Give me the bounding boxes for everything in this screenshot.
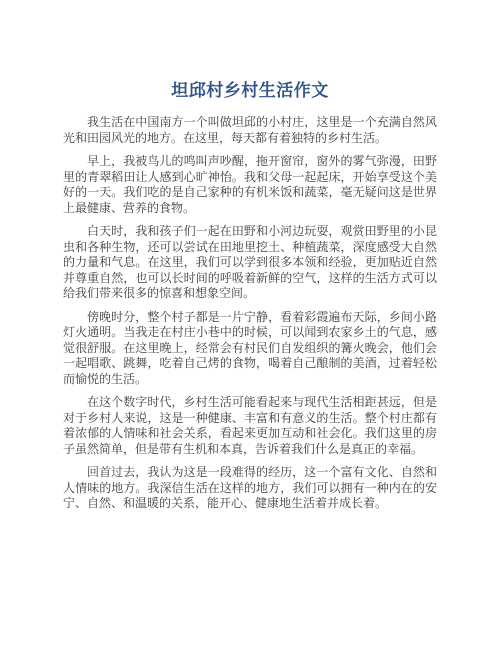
essay-paragraph-3: 白天时，我和孩子们一起在田野和小河边玩耍，观赏田野里的小昆虫和各种生物，还可以尝… <box>63 224 437 302</box>
essay-paragraph-5: 在这个数字时代，乡村生活可能看起来与现代生活相距甚远，但是对于乡村人来说，这是一… <box>63 395 437 457</box>
essay-body: 我生活在中国南方一个叫做坦邱的小村庄，这里是一个充满自然风光和田园风光的地方。在… <box>63 115 437 512</box>
essay-paragraph-6: 回首过去，我认为这是一段难得的经历，这一个富有文化、自然和人情味的地方。我深信生… <box>63 465 437 512</box>
essay-paragraph-2: 早上，我被鸟儿的鸣叫声吵醒，拖开窗帘，窗外的雾气弥漫，田野里的青翠稻田让人感到心… <box>63 154 437 216</box>
essay-title: 坦邱村乡村生活作文 <box>63 80 437 102</box>
essay-page: 坦邱村乡村生活作文 我生活在中国南方一个叫做坦邱的小村庄，这里是一个充满自然风光… <box>0 0 500 647</box>
essay-paragraph-1: 我生活在中国南方一个叫做坦邱的小村庄，这里是一个充满自然风光和田园风光的地方。在… <box>63 115 437 146</box>
essay-paragraph-4: 傍晚时分，整个村子都是一片宁静，看着彩霞遍布天际，乡间小路灯火通明。当我走在村庄… <box>63 310 437 388</box>
